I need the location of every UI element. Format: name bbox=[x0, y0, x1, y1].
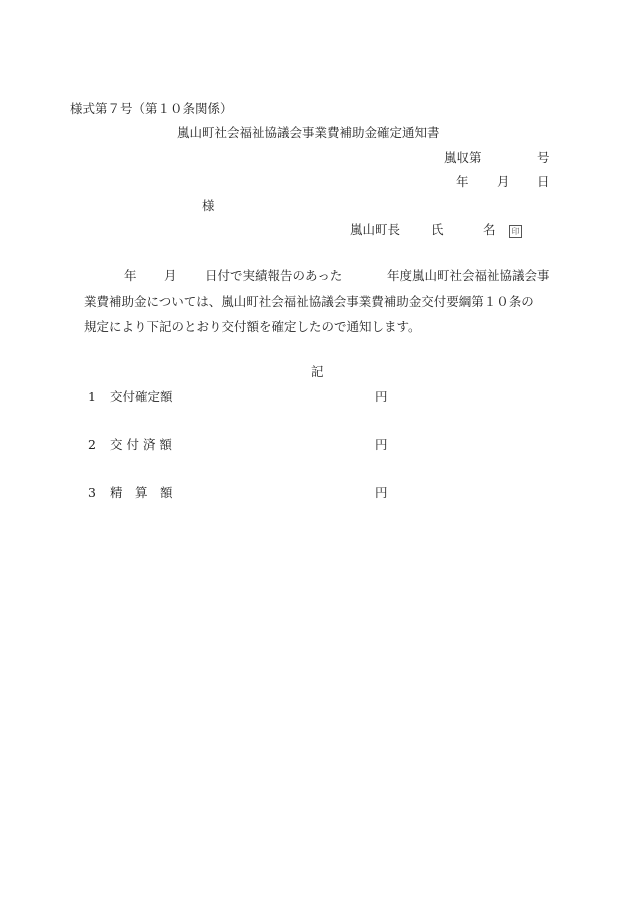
item-number: 1 bbox=[88, 389, 96, 405]
item-label: 交 付 済 額 bbox=[110, 437, 172, 453]
item-unit: 円 bbox=[375, 437, 388, 453]
seal-icon: 印 bbox=[509, 223, 522, 239]
date-month: 月 bbox=[497, 174, 510, 190]
doc-number-prefix: 嵐収第 bbox=[444, 150, 482, 166]
body-line2: 業費補助金については、嵐山町社会福祉協議会事業費補助金交付要綱第１０条の bbox=[84, 294, 534, 310]
ki-heading: 記 bbox=[311, 364, 324, 380]
sender-name-label-1: 氏 bbox=[431, 222, 444, 238]
body-line3: 規定により下記のとおり交付額を確定したので通知します。 bbox=[84, 319, 421, 335]
item-unit: 円 bbox=[375, 485, 388, 501]
item-label: 交付確定額 bbox=[110, 389, 173, 405]
addressee-suffix: 様 bbox=[202, 198, 215, 214]
form-label: 様式第７号（第１０条関係） bbox=[70, 101, 233, 117]
body-year: 年 bbox=[124, 268, 137, 284]
item-label: 精 算 額 bbox=[110, 485, 173, 501]
sender-name-label-2: 名 bbox=[483, 222, 496, 238]
body-month: 月 bbox=[164, 268, 177, 284]
document-title: 嵐山町社会福祉協議会事業費補助金確定通知書 bbox=[177, 125, 440, 141]
item-number: 3 bbox=[88, 485, 96, 501]
item-number: 2 bbox=[88, 437, 96, 453]
doc-number-suffix: 号 bbox=[537, 150, 550, 166]
date-day: 日 bbox=[537, 174, 550, 190]
sender-office: 嵐山町長 bbox=[350, 222, 400, 238]
body-line1-text: 日付で実績報告のあった bbox=[205, 268, 342, 284]
item-unit: 円 bbox=[375, 389, 388, 405]
body-line1-tail: 年度嵐山町社会福祉協議会事 bbox=[387, 268, 550, 284]
date-year: 年 bbox=[456, 174, 469, 190]
